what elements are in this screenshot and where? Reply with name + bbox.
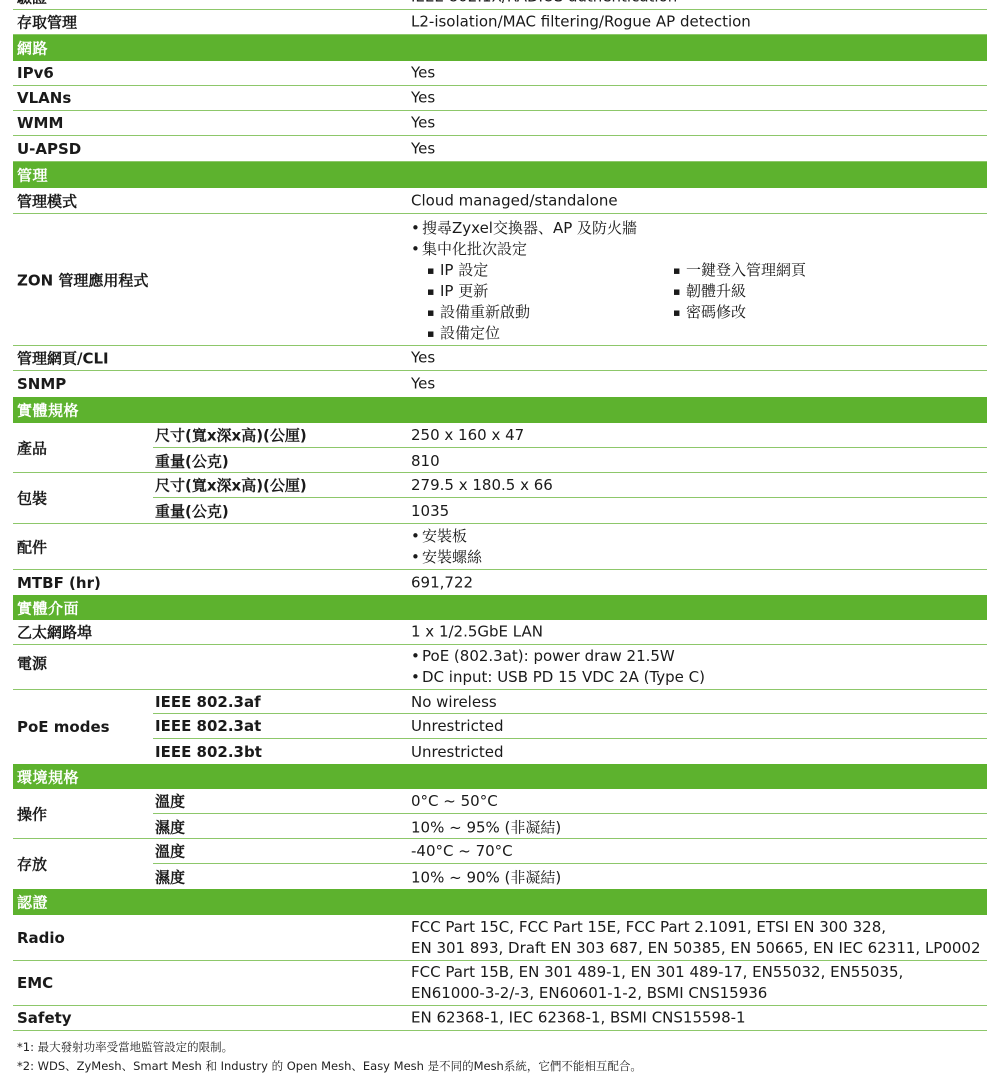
list-item: DC input: USB PD 15 VDC 2A (Type C) [411,667,705,688]
sub-value: 279.5 x 180.5 x 66 [411,476,553,494]
row-label: IPv6 [17,64,54,82]
spec-row-access-management: 存取管理 L2-isolation/MAC filtering/Rogue AP… [13,10,987,35]
spec-row-web-cli: 管理網頁/CLI Yes [13,346,987,371]
list-item: 搜尋Zyxel交換器、AP 及防火牆 [411,218,873,239]
spec-table: 驗證 IEEE 802.1X/RADIUS authentication 存取管… [13,0,987,1031]
zon-features: 搜尋Zyxel交換器、AP 及防火牆 集中化批次設定 IP 設定 IP 更新 設… [411,218,873,344]
list-item: 安裝螺絲 [411,547,482,568]
zon-sub-list-left: IP 設定 IP 更新 設備重新啟動 設備定位 [427,260,673,344]
row-label: 產品 [17,437,47,458]
sub-value: -40°C ~ 70°C [411,842,513,860]
section-header-certification: 認證 [13,889,987,915]
radio-standards: FCC Part 15C, FCC Part 15E, FCC Part 2.1… [411,917,981,959]
standards-line: EN 301 893, Draft EN 303 687, EN 50385, … [411,938,981,959]
sub-label: 濕度 [155,816,185,837]
spec-row-wmm: WMM Yes [13,111,987,136]
section-header-interface: 實體介面 [13,595,987,620]
row-value: Yes [411,374,435,395]
standards-line: FCC Part 15B, EN 301 489-1, EN 301 489-1… [411,962,903,983]
footnote-1: *1: 最大發射功率受當地監管設定的限制。 [17,1039,233,1055]
spec-row-power: 電源 PoE (802.3at): power draw 21.5W DC in… [13,645,987,690]
sub-row-weight: 重量(公克) 1035 [153,498,987,524]
sub-value: 10% ~ 90% (非凝結) [411,866,561,887]
sub-label: 溫度 [155,841,185,862]
row-label: WMM [17,114,63,132]
list-item: 集中化批次設定 [411,239,873,260]
spec-row-emc: EMC FCC Part 15B, EN 301 489-1, EN 301 4… [13,961,987,1006]
sub-row-dimensions: 尺寸(寬x深x高)(公厘) 279.5 x 180.5 x 66 [153,473,987,498]
sub-row-802-3bt: IEEE 802.3bt Unrestricted [153,739,987,764]
section-title: 網路 [17,38,48,59]
spec-group-package: 包裝 尺寸(寬x深x高)(公厘) 279.5 x 180.5 x 66 重量(公… [13,473,987,524]
list-item: 一鍵登入管理網頁 [673,260,873,281]
row-label: 配件 [17,536,47,557]
sub-rows: IEEE 802.3af No wireless IEEE 802.3at Un… [153,690,987,764]
section-header-physical: 實體規格 [13,397,987,423]
section-title: 實體介面 [17,597,79,618]
zon-sub-features: IP 設定 IP 更新 設備重新啟動 設備定位 一鍵登入管理網頁 韌體升級 密碼… [427,260,873,344]
row-value: L2-isolation/MAC filtering/Rogue AP dete… [411,12,751,33]
spec-row-vlans: VLANs Yes [13,86,987,111]
row-value: Yes [411,113,435,134]
section-title: 實體規格 [17,400,79,421]
spec-row-u-apsd: U-APSD Yes [13,136,987,162]
list-item: 密碼修改 [673,302,873,323]
row-label: 存放 [17,854,47,875]
spec-row-snmp: SNMP Yes [13,371,987,397]
spec-row-ipv6: IPv6 Yes [13,61,987,86]
spec-group-operating: 操作 溫度 0°C ~ 50°C 濕度 10% ~ 95% (非凝結) [13,789,987,839]
sub-row-humidity: 濕度 10% ~ 90% (非凝結) [153,864,987,889]
sub-row-dimensions: 尺寸(寬x深x高)(公厘) 250 x 160 x 47 [153,423,987,448]
sub-value: 10% ~ 95% (非凝結) [411,816,561,837]
section-title: 認證 [17,892,48,913]
sub-label: 尺寸(寬x深x高)(公厘) [155,475,307,496]
row-label: 驗證 [17,0,47,7]
spec-row-mtbf: MTBF (hr) 691,722 [13,570,987,595]
standards-line: FCC Part 15C, FCC Part 15E, FCC Part 2.1… [411,917,981,938]
sub-label: 重量(公克) [155,450,229,471]
list-item: IP 設定 [427,260,673,281]
sub-label: 溫度 [155,791,185,812]
sub-rows: 尺寸(寬x深x高)(公厘) 279.5 x 180.5 x 66 重量(公克) … [153,473,987,523]
section-title: 環境規格 [17,766,79,787]
sub-value: 810 [411,452,440,470]
spec-row-safety: Safety EN 62368-1, IEC 62368-1, BSMI CNS… [13,1006,987,1031]
row-value: 691,722 [411,572,473,593]
row-value: Yes [411,63,435,84]
spec-group-poe-modes: PoE modes IEEE 802.3af No wireless IEEE … [13,690,987,764]
list-item: 安裝板 [411,526,482,547]
spec-row-accessories: 配件 安裝板 安裝螺絲 [13,524,987,570]
sub-row-802-3at: IEEE 802.3at Unrestricted [153,714,987,739]
sub-row-802-3af: IEEE 802.3af No wireless [153,690,987,714]
sub-row-weight: 重量(公克) 810 [153,448,987,473]
row-label: MTBF (hr) [17,574,101,592]
sub-row-temperature: 溫度 0°C ~ 50°C [153,789,987,814]
spec-row-zon-utility: ZON 管理應用程式 搜尋Zyxel交換器、AP 及防火牆 集中化批次設定 IP… [13,214,987,346]
list-item: 韌體升級 [673,281,873,302]
row-label: EMC [17,974,53,992]
spec-row-management-mode: 管理模式 Cloud managed/standalone [13,188,987,214]
spec-row-ethernet: 乙太網路埠 1 x 1/2.5GbE LAN [13,620,987,645]
row-value: Yes [411,88,435,109]
section-header-environment: 環境規格 [13,764,987,789]
sub-label: IEEE 802.3af [155,693,261,711]
list-item: PoE (802.3at): power draw 21.5W [411,646,705,667]
row-label: 管理模式 [17,190,77,211]
sub-value: 1035 [411,502,449,520]
sub-value: 0°C ~ 50°C [411,792,498,810]
sub-value: Unrestricted [411,743,503,761]
section-title: 管理 [17,165,48,186]
row-label: U-APSD [17,140,81,158]
row-value: EN 62368-1, IEC 62368-1, BSMI CNS15598-1 [411,1008,746,1029]
row-value: Yes [411,348,435,369]
emc-standards: FCC Part 15B, EN 301 489-1, EN 301 489-1… [411,962,903,1004]
section-header-network: 網路 [13,35,987,61]
row-label: Safety [17,1009,72,1027]
spec-group-storage: 存放 溫度 -40°C ~ 70°C 濕度 10% ~ 90% (非凝結) [13,839,987,889]
spec-group-product: 產品 尺寸(寬x深x高)(公厘) 250 x 160 x 47 重量(公克) 8… [13,423,987,473]
footnote-2: *2: WDS、ZyMesh、Smart Mesh 和 Industry 的 O… [17,1058,642,1074]
sub-label: IEEE 802.3at [155,717,261,735]
sub-row-temperature: 溫度 -40°C ~ 70°C [153,839,987,864]
row-label: SNMP [17,375,66,393]
row-label: 包裝 [17,488,47,509]
section-header-management: 管理 [13,162,987,188]
sub-label: 濕度 [155,866,185,887]
list-item: IP 更新 [427,281,673,302]
row-label: VLANs [17,89,71,107]
row-label: PoE modes [17,718,110,736]
row-label: 電源 [17,653,47,674]
sub-rows: 溫度 0°C ~ 50°C 濕度 10% ~ 95% (非凝結) [153,789,987,838]
spec-row-radio: Radio FCC Part 15C, FCC Part 15E, FCC Pa… [13,915,987,961]
sub-value: No wireless [411,693,497,711]
row-value: 1 x 1/2.5GbE LAN [411,622,543,643]
row-value: Cloud managed/standalone [411,190,618,211]
spec-row-authentication: 驗證 IEEE 802.1X/RADIUS authentication [13,0,987,10]
row-label: 管理網頁/CLI [17,348,109,369]
sub-label: 重量(公克) [155,501,229,522]
row-label: Radio [17,929,65,947]
sub-rows: 尺寸(寬x深x高)(公厘) 250 x 160 x 47 重量(公克) 810 [153,423,987,472]
zon-bullet-list: 搜尋Zyxel交換器、AP 及防火牆 集中化批次設定 [411,218,873,260]
sub-label: 尺寸(寬x深x高)(公厘) [155,425,307,446]
sub-value: Unrestricted [411,717,503,735]
sub-row-humidity: 濕度 10% ~ 95% (非凝結) [153,814,987,839]
sub-rows: 溫度 -40°C ~ 70°C 濕度 10% ~ 90% (非凝結) [153,839,987,889]
power-list: PoE (802.3at): power draw 21.5W DC input… [411,646,705,688]
row-label: 乙太網路埠 [17,622,92,643]
row-value: IEEE 802.1X/RADIUS authentication [411,0,677,7]
list-item: 設備重新啟動 [427,302,673,323]
zon-sub-list-right: 一鍵登入管理網頁 韌體升級 密碼修改 [673,260,873,344]
row-label: 操作 [17,803,47,824]
list-item: 設備定位 [427,323,673,344]
row-label: ZON 管理應用程式 [17,269,148,290]
standards-line: EN61000-3-2/-3, EN60601-1-2, BSMI CNS159… [411,983,903,1004]
sub-label: IEEE 802.3bt [155,743,262,761]
sub-value: 250 x 160 x 47 [411,426,524,444]
row-label: 存取管理 [17,12,77,33]
accessories-list: 安裝板 安裝螺絲 [411,526,482,568]
row-value: Yes [411,138,435,159]
